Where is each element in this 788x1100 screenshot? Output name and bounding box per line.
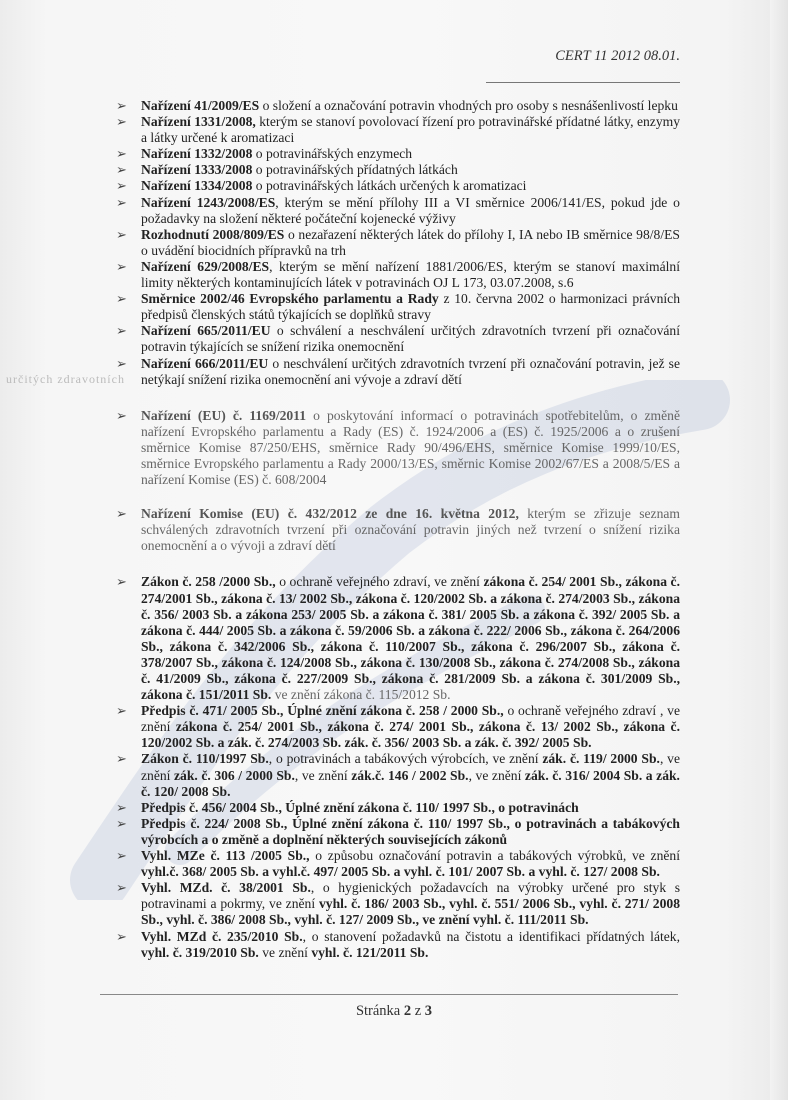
bullet-arrow-icon: ➢ — [116, 703, 127, 719]
list-item: ➢Nařízení 1334/2008 o potravinářských lá… — [112, 178, 680, 194]
bullet-arrow-icon: ➢ — [116, 146, 127, 162]
bleed-through-text: určitých zdravotních — [6, 372, 125, 387]
bullet-arrow-icon: ➢ — [116, 178, 127, 194]
list-item: ➢Nařízení 666/2011/EU o neschválení urči… — [112, 356, 680, 388]
bullet-arrow-icon: ➢ — [116, 848, 127, 864]
page-edge-shadow — [770, 0, 788, 1100]
bullet-arrow-icon: ➢ — [116, 816, 127, 832]
header-divider — [486, 82, 680, 83]
bullet-arrow-icon: ➢ — [116, 323, 127, 339]
list-item: ➢Nařízení 1243/2008/ES, kterým se mění p… — [112, 195, 680, 227]
list-item: ➢Nařízení 665/2011/EU o schválení a nesc… — [112, 323, 680, 355]
bullet-arrow-icon: ➢ — [116, 929, 127, 945]
footer-divider — [100, 994, 678, 995]
list-item: ➢Zákon č. 110/1997 Sb., o potravinách a … — [112, 751, 680, 799]
bullet-arrow-icon: ➢ — [116, 98, 127, 114]
bullet-arrow-icon: ➢ — [116, 162, 127, 178]
list-item: ➢Zákon č. 258 /2000 Sb., o ochraně veřej… — [112, 574, 680, 703]
list-item: ➢Vyhl. MZe č. 113 /2005 Sb., o způsobu o… — [112, 848, 680, 880]
list-item: ➢Nařízení 1332/2008 o potravinářských en… — [112, 146, 680, 162]
regulations-list: ➢Nařízení 41/2009/ES o složení a označov… — [112, 98, 680, 961]
bullet-arrow-icon: ➢ — [116, 259, 127, 275]
bullet-arrow-icon: ➢ — [116, 114, 127, 130]
list-item: ➢Směrnice 2002/46 Evropského parlamentu … — [112, 291, 680, 323]
document-code-header: CERT 11 2012 08.01. — [555, 48, 680, 65]
bullet-arrow-icon: ➢ — [116, 800, 127, 816]
list-item-regulation-432: ➢ Nařízení Komise (EU) č. 432/2012 ze dn… — [112, 506, 680, 554]
list-item: ➢Vyhl. MZd. č. 38/2001 Sb., o hygienický… — [112, 880, 680, 928]
page-number-footer: Stránka 2 z 3 — [0, 1003, 788, 1020]
list-item: ➢Rozhodnutí 2008/809/ES o nezařazení něk… — [112, 227, 680, 259]
bullet-arrow-icon: ➢ — [116, 408, 127, 424]
bullet-arrow-icon: ➢ — [116, 880, 127, 896]
document-page: CERT 11 2012 08.01. určitých zdravotních… — [0, 0, 788, 1100]
bullet-arrow-icon: ➢ — [116, 195, 127, 211]
list-item: ➢Nařízení 629/2008/ES, kterým se mění na… — [112, 259, 680, 291]
list-item: ➢Předpis č. 456/ 2004 Sb., Úplné znění z… — [112, 800, 680, 816]
bullet-arrow-icon: ➢ — [116, 751, 127, 767]
list-item: ➢Předpis č. 224/ 2008 Sb., Úplné znění z… — [112, 816, 680, 848]
bullet-arrow-icon: ➢ — [116, 291, 127, 307]
list-item: ➢Předpis č. 471/ 2005 Sb., Úplné znění z… — [112, 703, 680, 751]
bullet-arrow-icon: ➢ — [116, 506, 127, 522]
bullet-arrow-icon: ➢ — [116, 356, 127, 372]
bullet-arrow-icon: ➢ — [116, 574, 127, 590]
list-item: ➢Nařízení 1333/2008 o potravinářských př… — [112, 162, 680, 178]
list-item-regulation-1169: ➢ Nařízení (EU) č. 1169/2011 o poskytová… — [112, 408, 680, 488]
list-item: ➢Nařízení 41/2009/ES o složení a označov… — [112, 98, 680, 114]
list-item: ➢Nařízení 1331/2008, kterým se stanoví p… — [112, 114, 680, 146]
list-item: ➢Vyhl. MZd č. 235/2010 Sb., o stanovení … — [112, 929, 680, 961]
bullet-arrow-icon: ➢ — [116, 227, 127, 243]
